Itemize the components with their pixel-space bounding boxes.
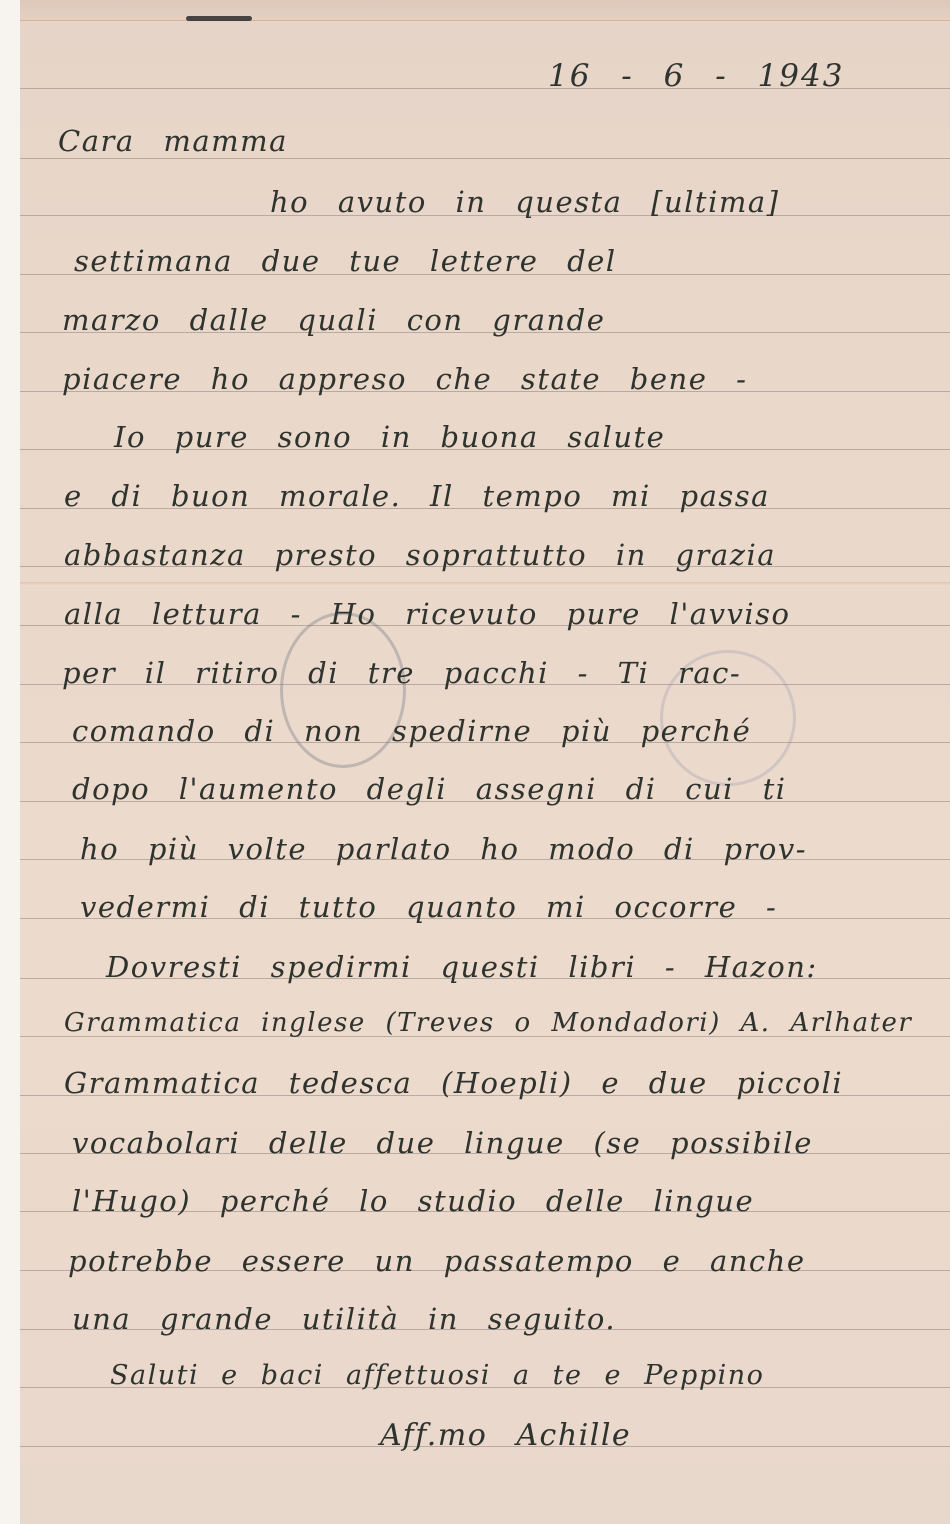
letter-date: 16 - 6 - 1943 — [548, 58, 844, 94]
salutation: Cara mamma — [58, 124, 288, 158]
top-fold — [20, 0, 950, 21]
letter-line: abbastanza presto soprattutto in grazia — [64, 538, 776, 572]
letter-line: potrebbe essere un passatempo e anche — [68, 1244, 806, 1278]
letter-line: piacere ho appreso che state bene - — [62, 362, 747, 396]
middle-fold — [20, 582, 950, 586]
letter-page — [20, 0, 950, 1524]
letter-line: ho avuto in questa [ultima] — [270, 185, 779, 219]
letter-line: l'Hugo) perché lo studio delle lingue — [72, 1184, 754, 1218]
letter-line: per il ritiro di tre pacchi - Ti rac- — [62, 656, 741, 690]
signature: Aff.mo Achille — [380, 1418, 631, 1453]
letterhead-show-through — [38, 58, 278, 104]
letter-line: dopo l'aumento degli assegni di cui ti — [72, 772, 787, 806]
letter-line: Grammatica inglese (Treves o Mondadori) … — [64, 1008, 912, 1038]
letter-line: Dovresti spedirmi questi libri - Hazon: — [106, 950, 818, 984]
letter-line: settimana due tue lettere del — [74, 244, 617, 278]
letter-line: Saluti e baci affettuosi a te e Peppino — [110, 1360, 764, 1391]
ink-mark — [186, 16, 252, 21]
letter-line: marzo dalle quali con grande — [62, 303, 605, 337]
letter-line: Grammatica tedesca (Hoepli) e due piccol… — [64, 1066, 843, 1100]
letter-line: una grande utilità in seguito. — [72, 1302, 616, 1336]
scan-margin — [0, 0, 20, 1524]
letter-line: alla lettura - Ho ricevuto pure l'avviso — [64, 597, 790, 631]
letter-line: comando di non spedirne più perché — [72, 714, 751, 748]
letter-line: e di buon morale. Il tempo mi passa — [64, 479, 770, 513]
letter-line: ho più volte parlato ho modo di prov- — [80, 832, 807, 866]
ruled-line — [20, 158, 950, 159]
letter-line: Io pure sono in buona salute — [114, 420, 665, 454]
letter-line: vedermi di tutto quanto mi occorre - — [80, 890, 777, 924]
letter-line: vocabolari delle due lingue (se possibil… — [72, 1126, 813, 1160]
